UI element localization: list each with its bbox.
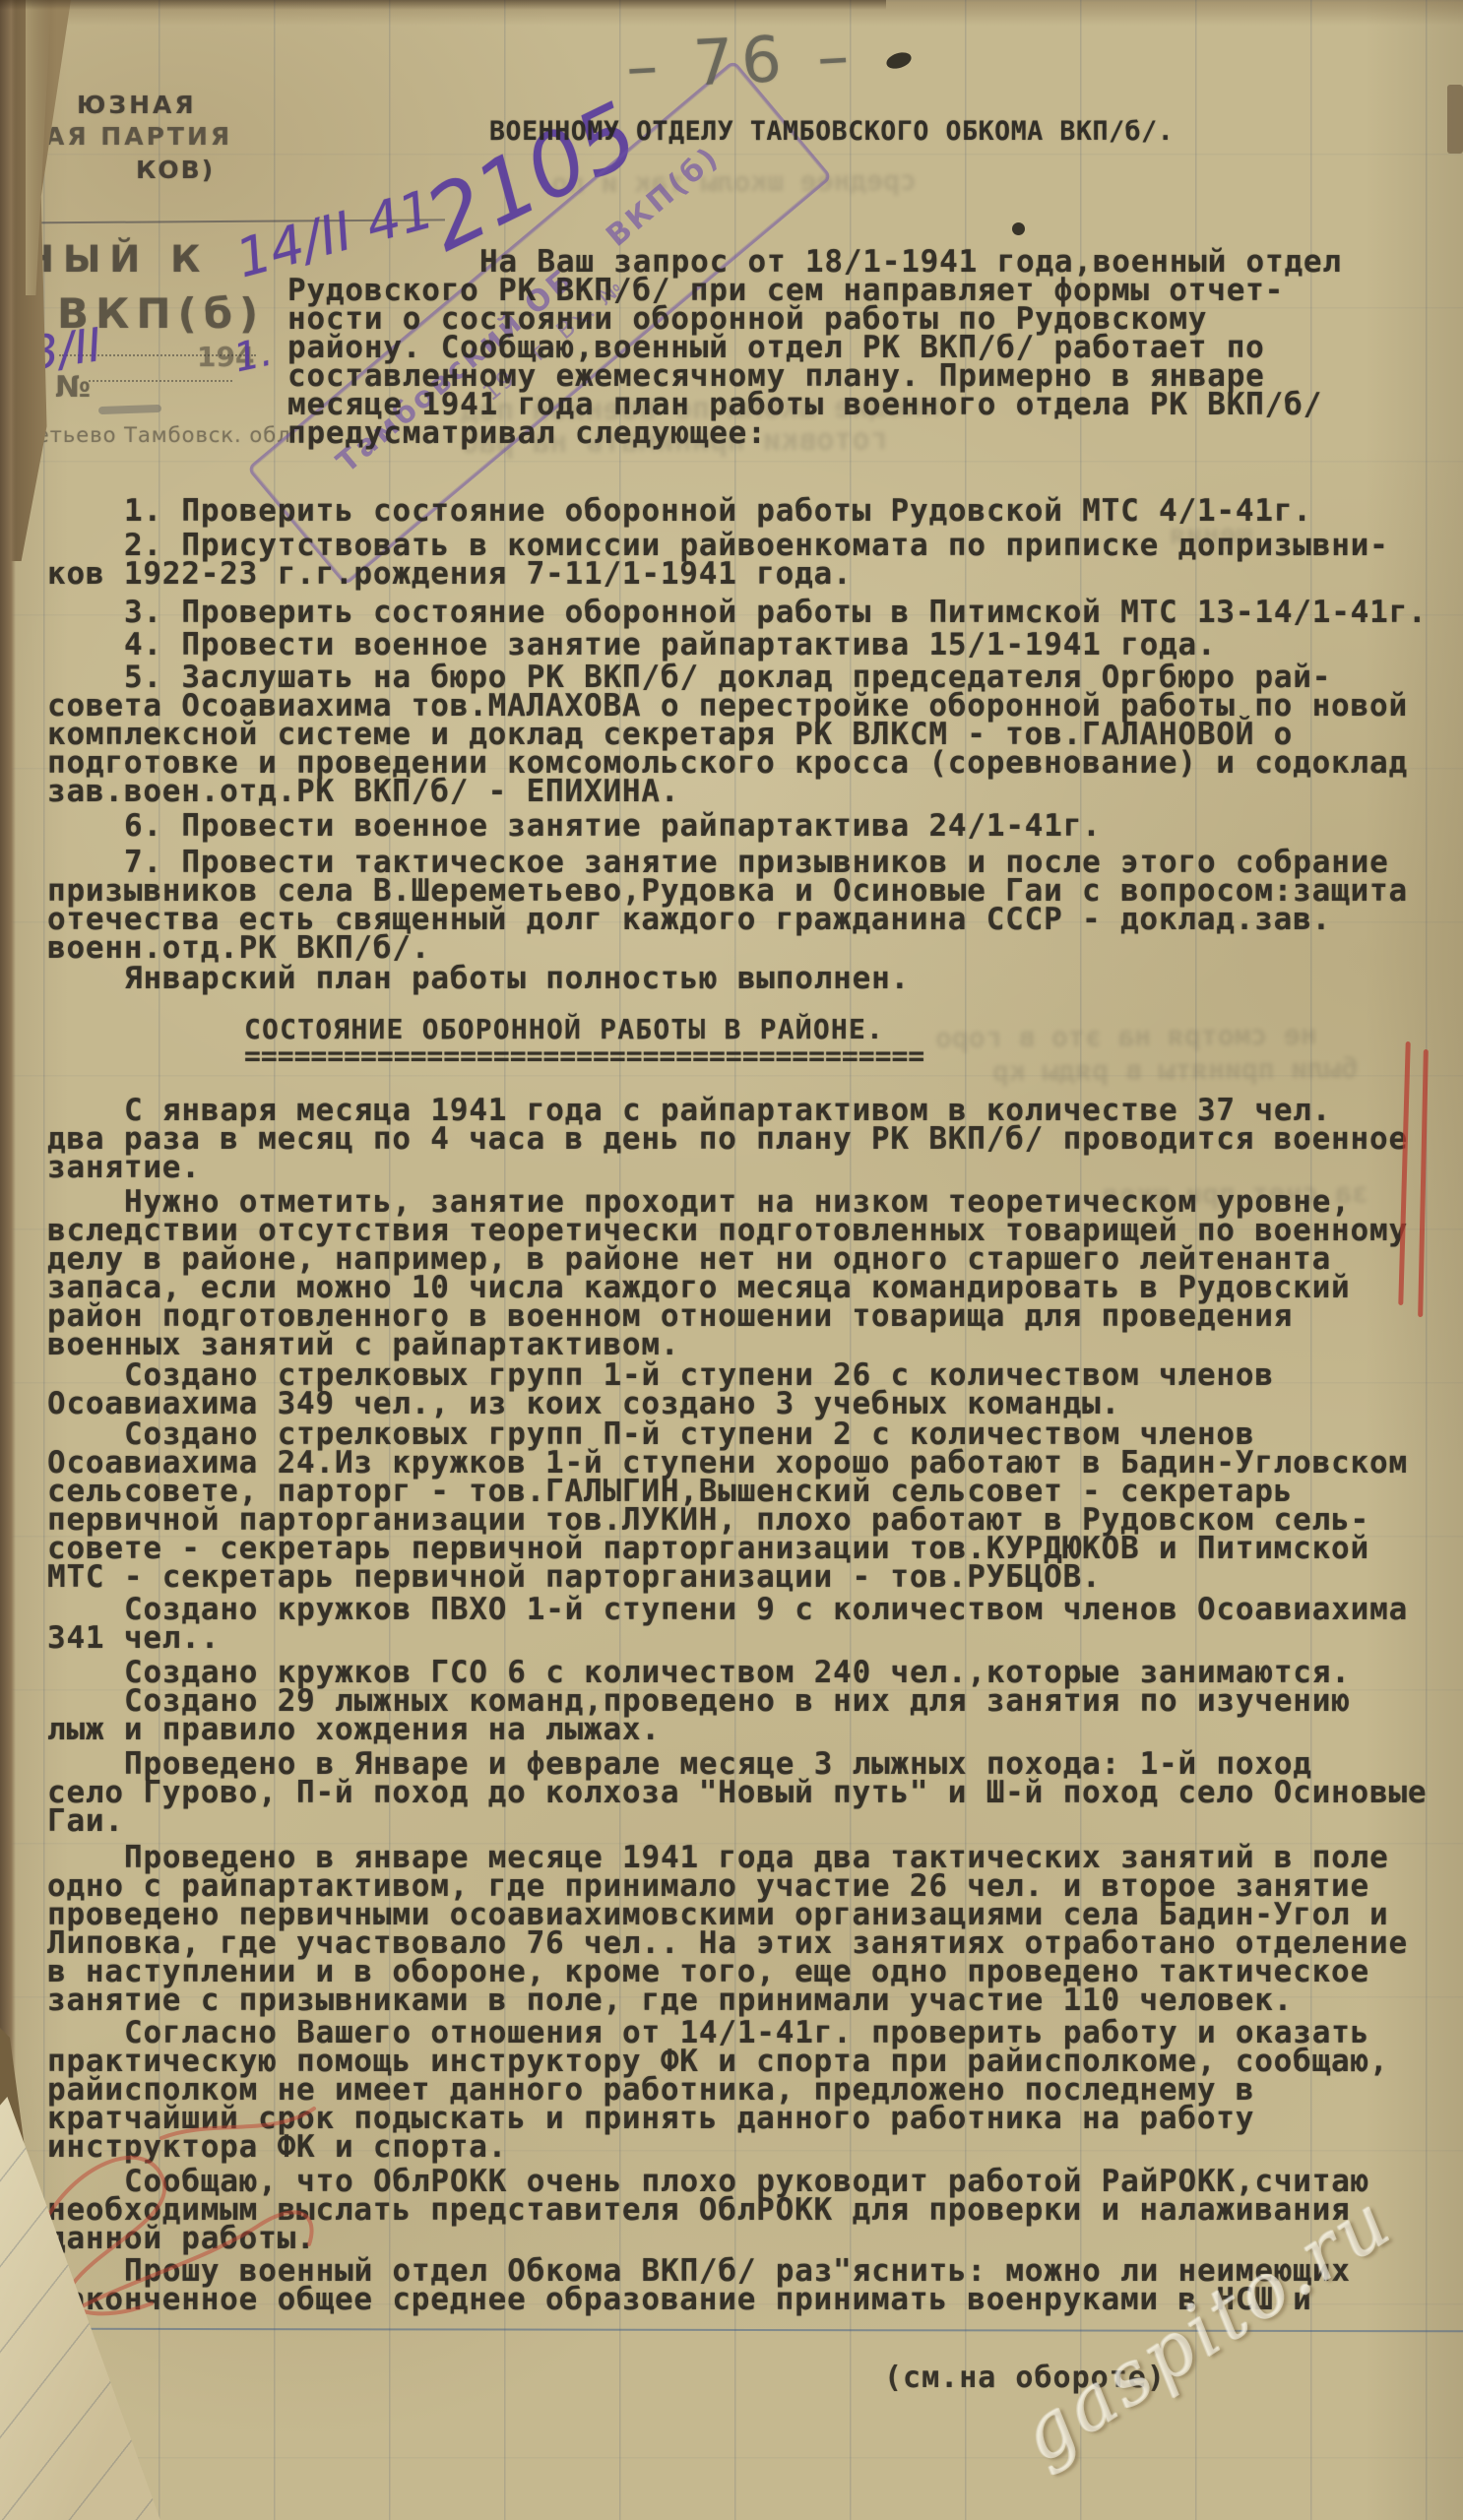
text-line: село Гурово, П-й поход до колхоза "Новый… xyxy=(20,1779,1459,1807)
text-line: военн.отд.РК ВКП/б/. xyxy=(20,934,1459,963)
pencil-page-number: – 76 – xyxy=(624,20,859,104)
text-line: занятие с призывниками в поле, где прини… xyxy=(20,1986,1459,2015)
text-line: ========================================… xyxy=(20,1043,1459,1069)
right-edge-notch xyxy=(1447,85,1463,154)
text-line: МТС - секретарь первичной парторганизаци… xyxy=(20,1563,1459,1592)
text-line: 3. Проверить состояние оборонной работы … xyxy=(20,598,1459,627)
document-body: 1. Проверить состояние оборонной работы … xyxy=(20,491,1459,2314)
letterhead-line: ЮЗНАЯ xyxy=(77,91,197,119)
text-line: 6. Провести военное занятие райпартактив… xyxy=(20,812,1459,841)
text-line: два раза в месяц по 4 часа в день по пла… xyxy=(20,1125,1459,1154)
letterhead-place: еметьево Тамбовск. обл xyxy=(6,423,291,447)
letterhead-line: АЯ ПАРТИЯ xyxy=(45,122,232,151)
text-line: ков 1922-23 г.г.рождения 7-11/1-1941 год… xyxy=(20,560,1459,589)
ink-blot xyxy=(1012,222,1025,235)
document-heading: ВОЕННОМУ ОТДЕЛУ ТАМБОВСКОГО ОБКОМА ВКП/б… xyxy=(489,116,1174,147)
letterhead-number-line xyxy=(89,380,232,382)
text-line: 341 чел.. xyxy=(20,1624,1459,1653)
text-line: предусматривал следующее: xyxy=(287,419,1380,448)
pencil-dash-mark xyxy=(98,405,161,414)
scanned-document-page: среднее школы так и попиющие школы по во… xyxy=(0,0,1463,2520)
text-line: Создано кружков ПВХО 1-й ступени 9 с кол… xyxy=(20,1596,1459,1624)
text-line: 1. Проверить состояние оборонной работы … xyxy=(20,497,1459,526)
ink-blot xyxy=(884,49,913,71)
text-line: Осоавиахима 349 чел., из коих создано 3 … xyxy=(20,1390,1459,1418)
text-line: военных занятий с райпартактивом. xyxy=(20,1331,1459,1359)
letterhead-line: КОВ) xyxy=(136,156,215,184)
text-line: лыж и правило хождения на лыжах. xyxy=(20,1716,1459,1744)
intro-paragraph: На Ваш запрос от 18/1-1941 года,военный … xyxy=(287,248,1380,448)
top-edge-shadow xyxy=(0,0,886,10)
text-line: зав.воен.отд.РК ВКП/б/ - ЕПИХИНА. xyxy=(20,778,1459,806)
handwritten-year-digit: 1. xyxy=(230,330,277,382)
text-line: занятие. xyxy=(20,1154,1459,1182)
text-line: Январский план работы полностью выполнен… xyxy=(20,965,1459,993)
text-line: Гаи. xyxy=(20,1807,1459,1836)
text-line: 4. Провести военное занятие райпартактив… xyxy=(20,631,1459,660)
letterhead-committee: НЫЙ К xyxy=(24,238,209,281)
